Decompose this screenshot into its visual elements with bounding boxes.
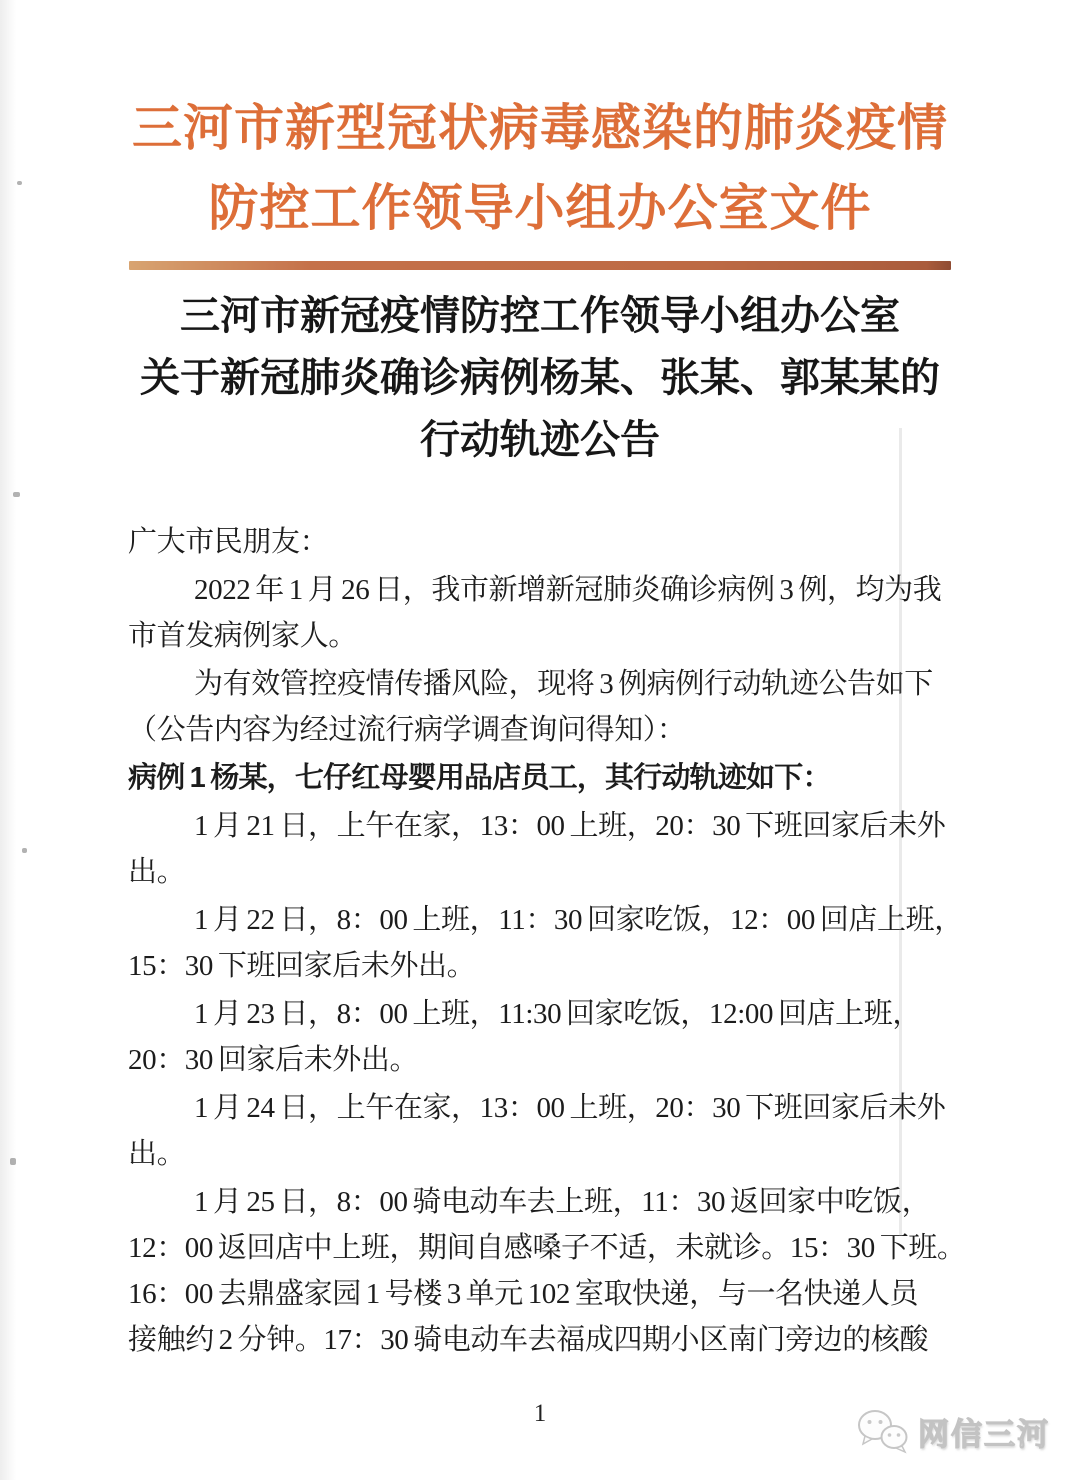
body-text-line: 15：30 下班回家后未外出。 <box>128 943 952 989</box>
body-text-line: 1 月 22 日，8：00 上班，11：30 回家吃饭，12：00 回店上班， <box>128 897 952 943</box>
letterhead-line2: 防控工作领导小组办公室文件 <box>0 168 1080 248</box>
watermark: 网信三河 <box>855 1408 1050 1454</box>
body-text-line: 为有效管控疫情传播风险，现将 3 例病例行动轨迹公告如下 <box>128 661 952 707</box>
scanned-document-page: 三河市新型冠状病毒感染的肺炎疫情 防控工作领导小组办公室文件 三河市新冠疫情防控… <box>0 0 1080 1480</box>
body-text-line: 出。 <box>128 1131 952 1177</box>
body-text-line: （公告内容为经过流行病学调查询问得知）： <box>128 707 952 753</box>
body-text-line: 出。 <box>128 849 952 895</box>
watermark-label: 网信三河 <box>918 1409 1050 1454</box>
body-text-line: 20：30 回家后未外出。 <box>128 1037 952 1083</box>
scan-speck <box>22 848 27 853</box>
body-text-line: 1 月 24 日，上午在家，13：00 上班，20：30 下班回家后未外 <box>128 1085 952 1131</box>
document-title-line2: 关于新冠肺炎确诊病例杨某、张某、郭某某的 <box>0 347 1080 409</box>
letterhead-divider <box>129 261 951 270</box>
scan-speck <box>10 1158 16 1165</box>
body-text-line: 病例 1 杨某，七仔红母婴用品店员工，其行动轨迹如下： <box>128 755 952 801</box>
body-text-line: 2022 年 1 月 26 日，我市新增新冠肺炎确诊病例 3 例，均为我 <box>128 567 952 613</box>
body-text: 广大市民朋友：2022 年 1 月 26 日，我市新增新冠肺炎确诊病例 3 例，… <box>128 519 952 1363</box>
body-text-line: 1 月 21 日，上午在家，13：00 上班，20：30 下班回家后未外 <box>128 803 952 849</box>
body-text-line: 1 月 25 日，8：00 骑电动车去上班，11：30 返回家中吃饭， <box>128 1179 952 1225</box>
body-text-line: 1 月 23 日，8：00 上班，11:30 回家吃饭，12:00 回店上班， <box>128 991 952 1037</box>
document-title-line3: 行动轨迹公告 <box>0 409 1080 471</box>
body-text-line: 广大市民朋友： <box>128 519 952 565</box>
body-text-line: 16：00 去鼎盛家园 1 号楼 3 单元 102 室取快递，与一名快递人员 <box>128 1271 952 1317</box>
body-text-line: 12：00 返回店中上班，期间自感嗓子不适，未就诊。15：30 下班。 <box>128 1225 952 1271</box>
scan-speck <box>13 492 20 497</box>
body-text-line: 接触约 2 分钟。17：30 骑电动车去福成四期小区南门旁边的核酸 <box>128 1317 952 1363</box>
letterhead: 三河市新型冠状病毒感染的肺炎疫情 防控工作领导小组办公室文件 <box>0 0 1080 248</box>
document-title-line1: 三河市新冠疫情防控工作领导小组办公室 <box>0 285 1080 347</box>
wechat-bubbles-icon <box>855 1408 911 1454</box>
body-text-line: 市首发病例家人。 <box>128 613 952 659</box>
letterhead-line1: 三河市新型冠状病毒感染的肺炎疫情 <box>0 88 1080 168</box>
document-title: 三河市新冠疫情防控工作领导小组办公室 关于新冠肺炎确诊病例杨某、张某、郭某某的 … <box>0 285 1080 471</box>
scan-speck <box>17 181 22 185</box>
